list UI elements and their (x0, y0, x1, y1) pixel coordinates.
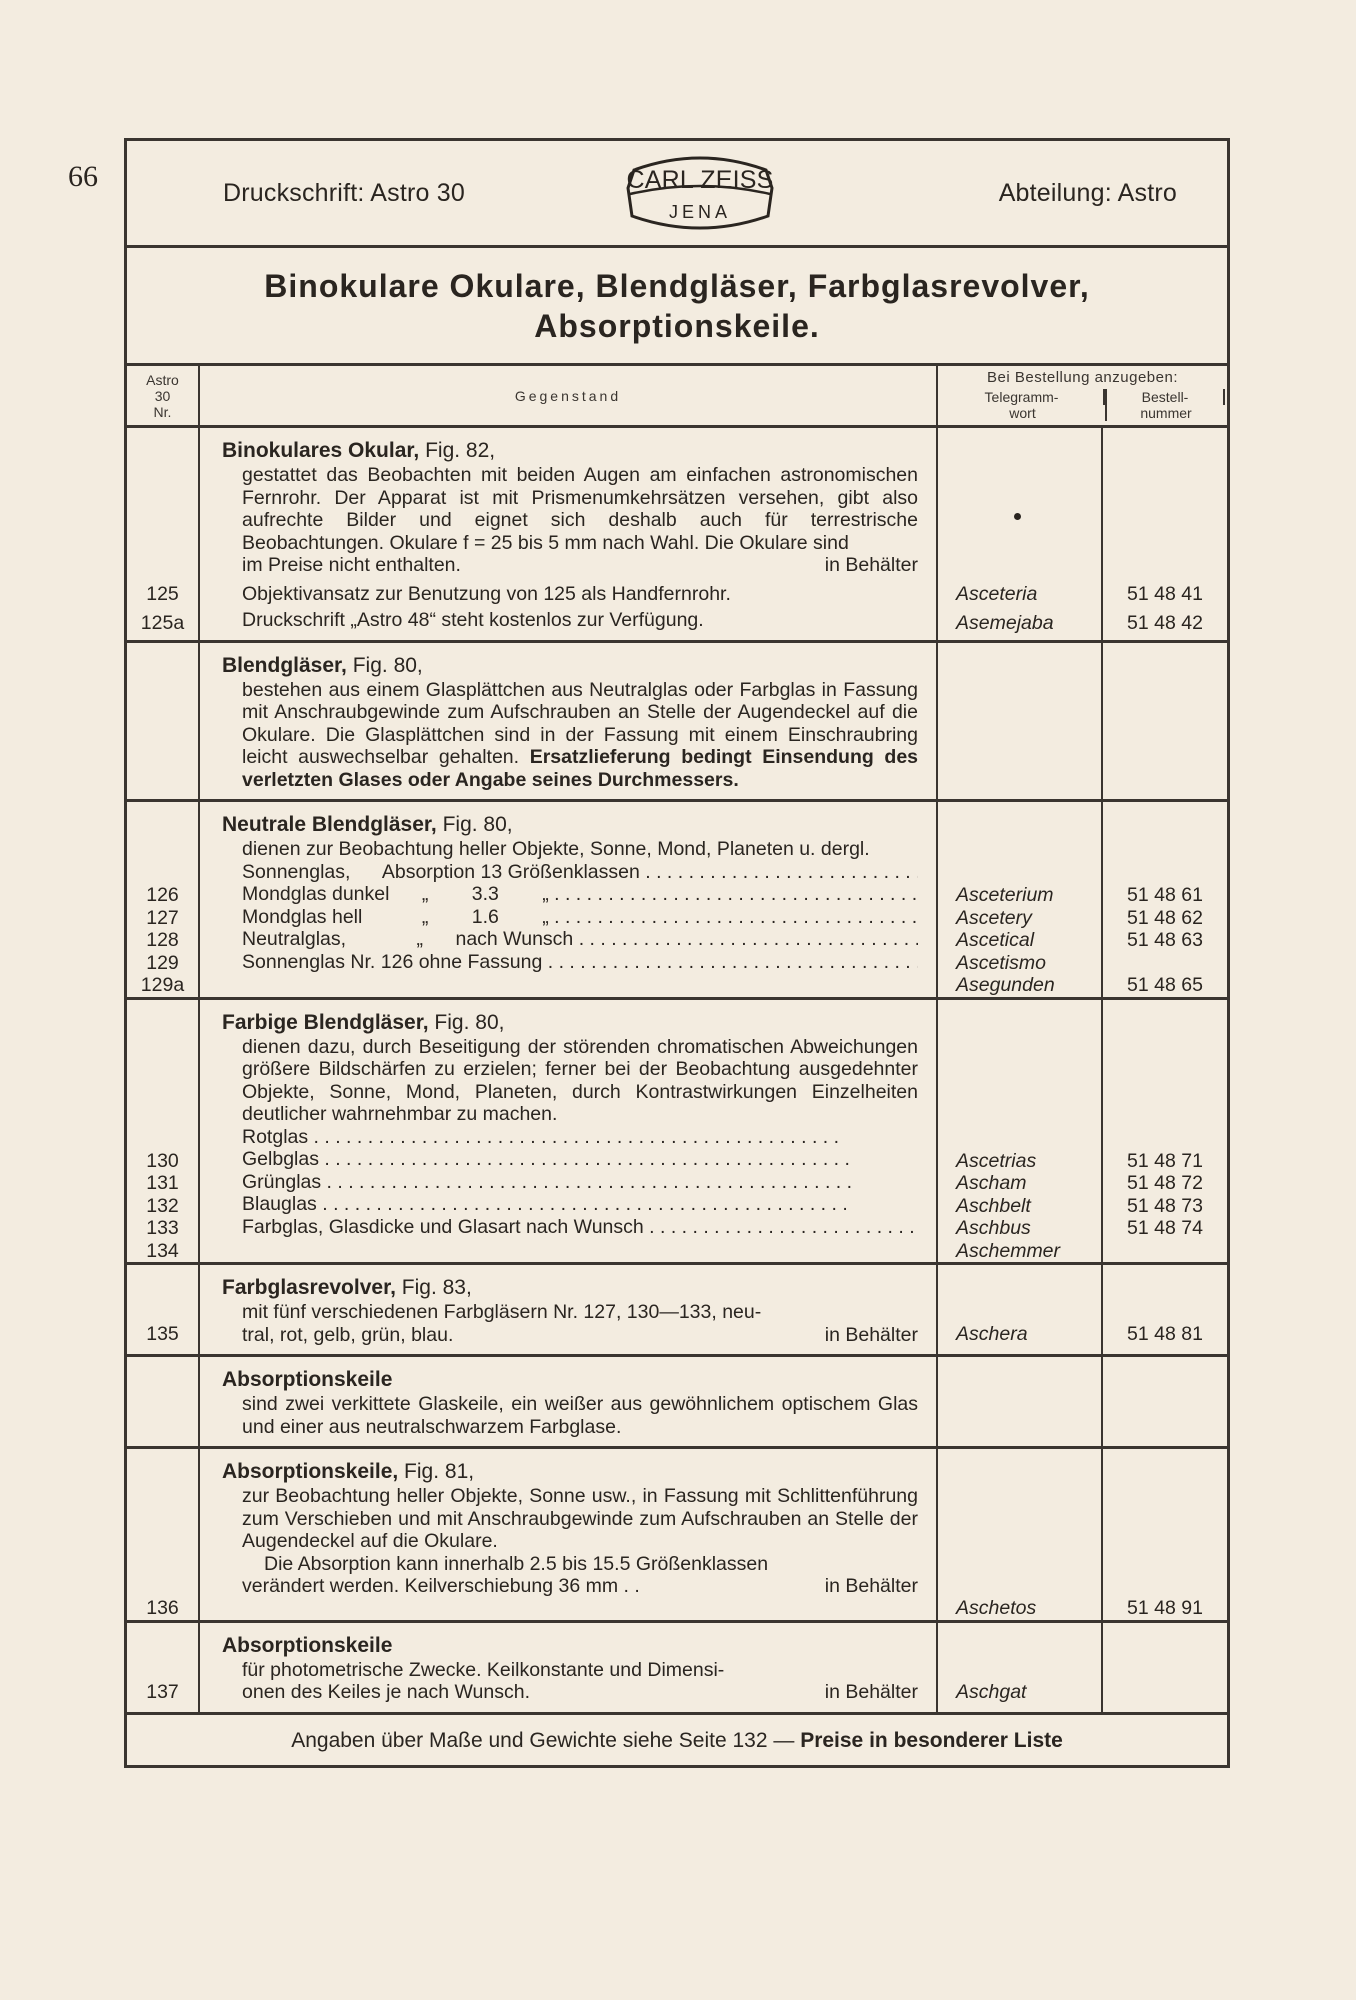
page-number: 66 (68, 160, 98, 194)
section-description: für photometrische Zwecke. Keilkonstante… (222, 1659, 918, 1682)
list-item: tral, rot, gelb, grün, blau.in Behälter (222, 1324, 918, 1347)
section-heading: Neutrale Blendgläser, Fig. 80, (222, 812, 918, 838)
section-description-2: Die Absorption kann innerhalb 2.5 bis 15… (222, 1553, 918, 1576)
section-description: bestehen aus einem Glasplättchen aus Neu… (222, 679, 918, 792)
list-item: onen des Keiles je nach Wunsch.in Behält… (222, 1681, 918, 1704)
list-item: Mondglas hell „ 1.6 „ (222, 906, 918, 929)
logo-line1: CARL ZEISS (627, 166, 774, 194)
section-heading: Blendgläser, Fig. 80, (222, 653, 918, 679)
masthead: Druckschrift: Astro 30 CARL ZEISS JENA A… (127, 141, 1227, 248)
section-description: dienen dazu, durch Beseitigung der störe… (222, 1036, 918, 1126)
ink-dot-icon (1014, 513, 1021, 520)
header-nr: Astro 30 Nr. (127, 366, 199, 427)
catalog-table: Astro 30 Nr. Gegenstand Bei Bestellung a… (127, 366, 1227, 1715)
logo-line2: JENA (669, 202, 731, 222)
table-row: 137 Absorptionskeile für photometrische … (127, 1621, 1227, 1713)
print-reference: Druckschrift: Astro 30 (223, 179, 523, 208)
header-order: Bei Bestellung anzugeben: Telegramm- wor… (937, 366, 1227, 427)
title-line-2: Absorptionskeile. (127, 306, 1227, 346)
list-item: Sonnenglas Nr. 126 ohne Fassung (222, 951, 918, 974)
page-title: Binokulare Okulare, Blendgläser, Farbgla… (127, 248, 1227, 366)
department: Abteilung: Astro (877, 179, 1197, 208)
table-header-row: Astro 30 Nr. Gegenstand Bei Bestellung a… (127, 366, 1227, 427)
header-telegram: Telegramm- wort (940, 389, 1107, 421)
list-item: Farbglas, Glasdicke und Glasart nach Wun… (222, 1216, 918, 1239)
section-heading: Absorptionskeile (222, 1633, 918, 1659)
list-item: Rotglas (222, 1126, 918, 1149)
list-item: Gelbglas (222, 1148, 918, 1171)
table-row: 135 Farbglasrevolver, Fig. 83, mit fünf … (127, 1264, 1227, 1356)
section-heading: Absorptionskeile (222, 1367, 918, 1393)
list-item: Grünglas (222, 1171, 918, 1194)
table-row: 136 Absorptionskeile, Fig. 81, zur Beoba… (127, 1448, 1227, 1622)
catalog-sheet: Druckschrift: Astro 30 CARL ZEISS JENA A… (124, 138, 1230, 1768)
list-item: Objektivansatz zur Benutzung von 125 als… (222, 583, 918, 606)
list-item: Mondglas dunkel „ 3.3 „ (222, 883, 918, 906)
carl-zeiss-logo-icon: CARL ZEISS JENA (620, 152, 780, 234)
section-description: mit fünf verschiedenen Farbgläsern Nr. 1… (222, 1301, 918, 1324)
section-heading: Farbglasrevolver, Fig. 83, (222, 1275, 918, 1301)
table-row: Absorptionskeile sind zwei verkittete Gl… (127, 1356, 1227, 1448)
table-row: 130 131 132 133 134 Farbige Blendgläser,… (127, 998, 1227, 1264)
section-heading: Binokulares Okular, Fig. 82, (222, 438, 918, 464)
table-row: 125 125a Binokulares Okular, Fig. 82, ge… (127, 427, 1227, 642)
title-line-1: Binokulare Okulare, Blendgläser, Farbgla… (127, 266, 1227, 306)
list-item: Sonnenglas, Absorption 13 Größenklassen (222, 861, 918, 884)
list-item: Neutralglas, „ nach Wunsch (222, 928, 918, 951)
table-row: 126 127 128 129 129a Neutrale Blendgläse… (127, 801, 1227, 999)
section-description: gestattet das Beobachten mit beiden Auge… (222, 464, 918, 554)
section-heading: Farbige Blendgläser, Fig. 80, (222, 1010, 918, 1036)
footer-note: Angaben über Maße und Gewichte siehe Sei… (127, 1715, 1227, 1765)
list-item: im Preise nicht enthalten.in Behälter (222, 554, 918, 577)
list-item: Blauglas (222, 1193, 918, 1216)
section-heading: Absorptionskeile, Fig. 81, (222, 1459, 918, 1485)
section-note: Druckschrift „Astro 48“ steht kostenlos … (222, 609, 918, 632)
section-description: sind zwei verkittete Glaskeile, ein weiß… (222, 1393, 918, 1438)
header-item: Gegenstand (199, 366, 937, 427)
list-item: verändert werden. Keilverschiebung 36 mm… (222, 1575, 918, 1598)
header-order-number: Bestell- nummer (1107, 389, 1225, 421)
section-description: zur Beobachtung heller Objekte, Sonne us… (222, 1485, 918, 1553)
section-description: dienen zur Beobachtung heller Objekte, S… (222, 838, 918, 861)
table-row: Blendgläser, Fig. 80, bestehen aus einem… (127, 641, 1227, 801)
